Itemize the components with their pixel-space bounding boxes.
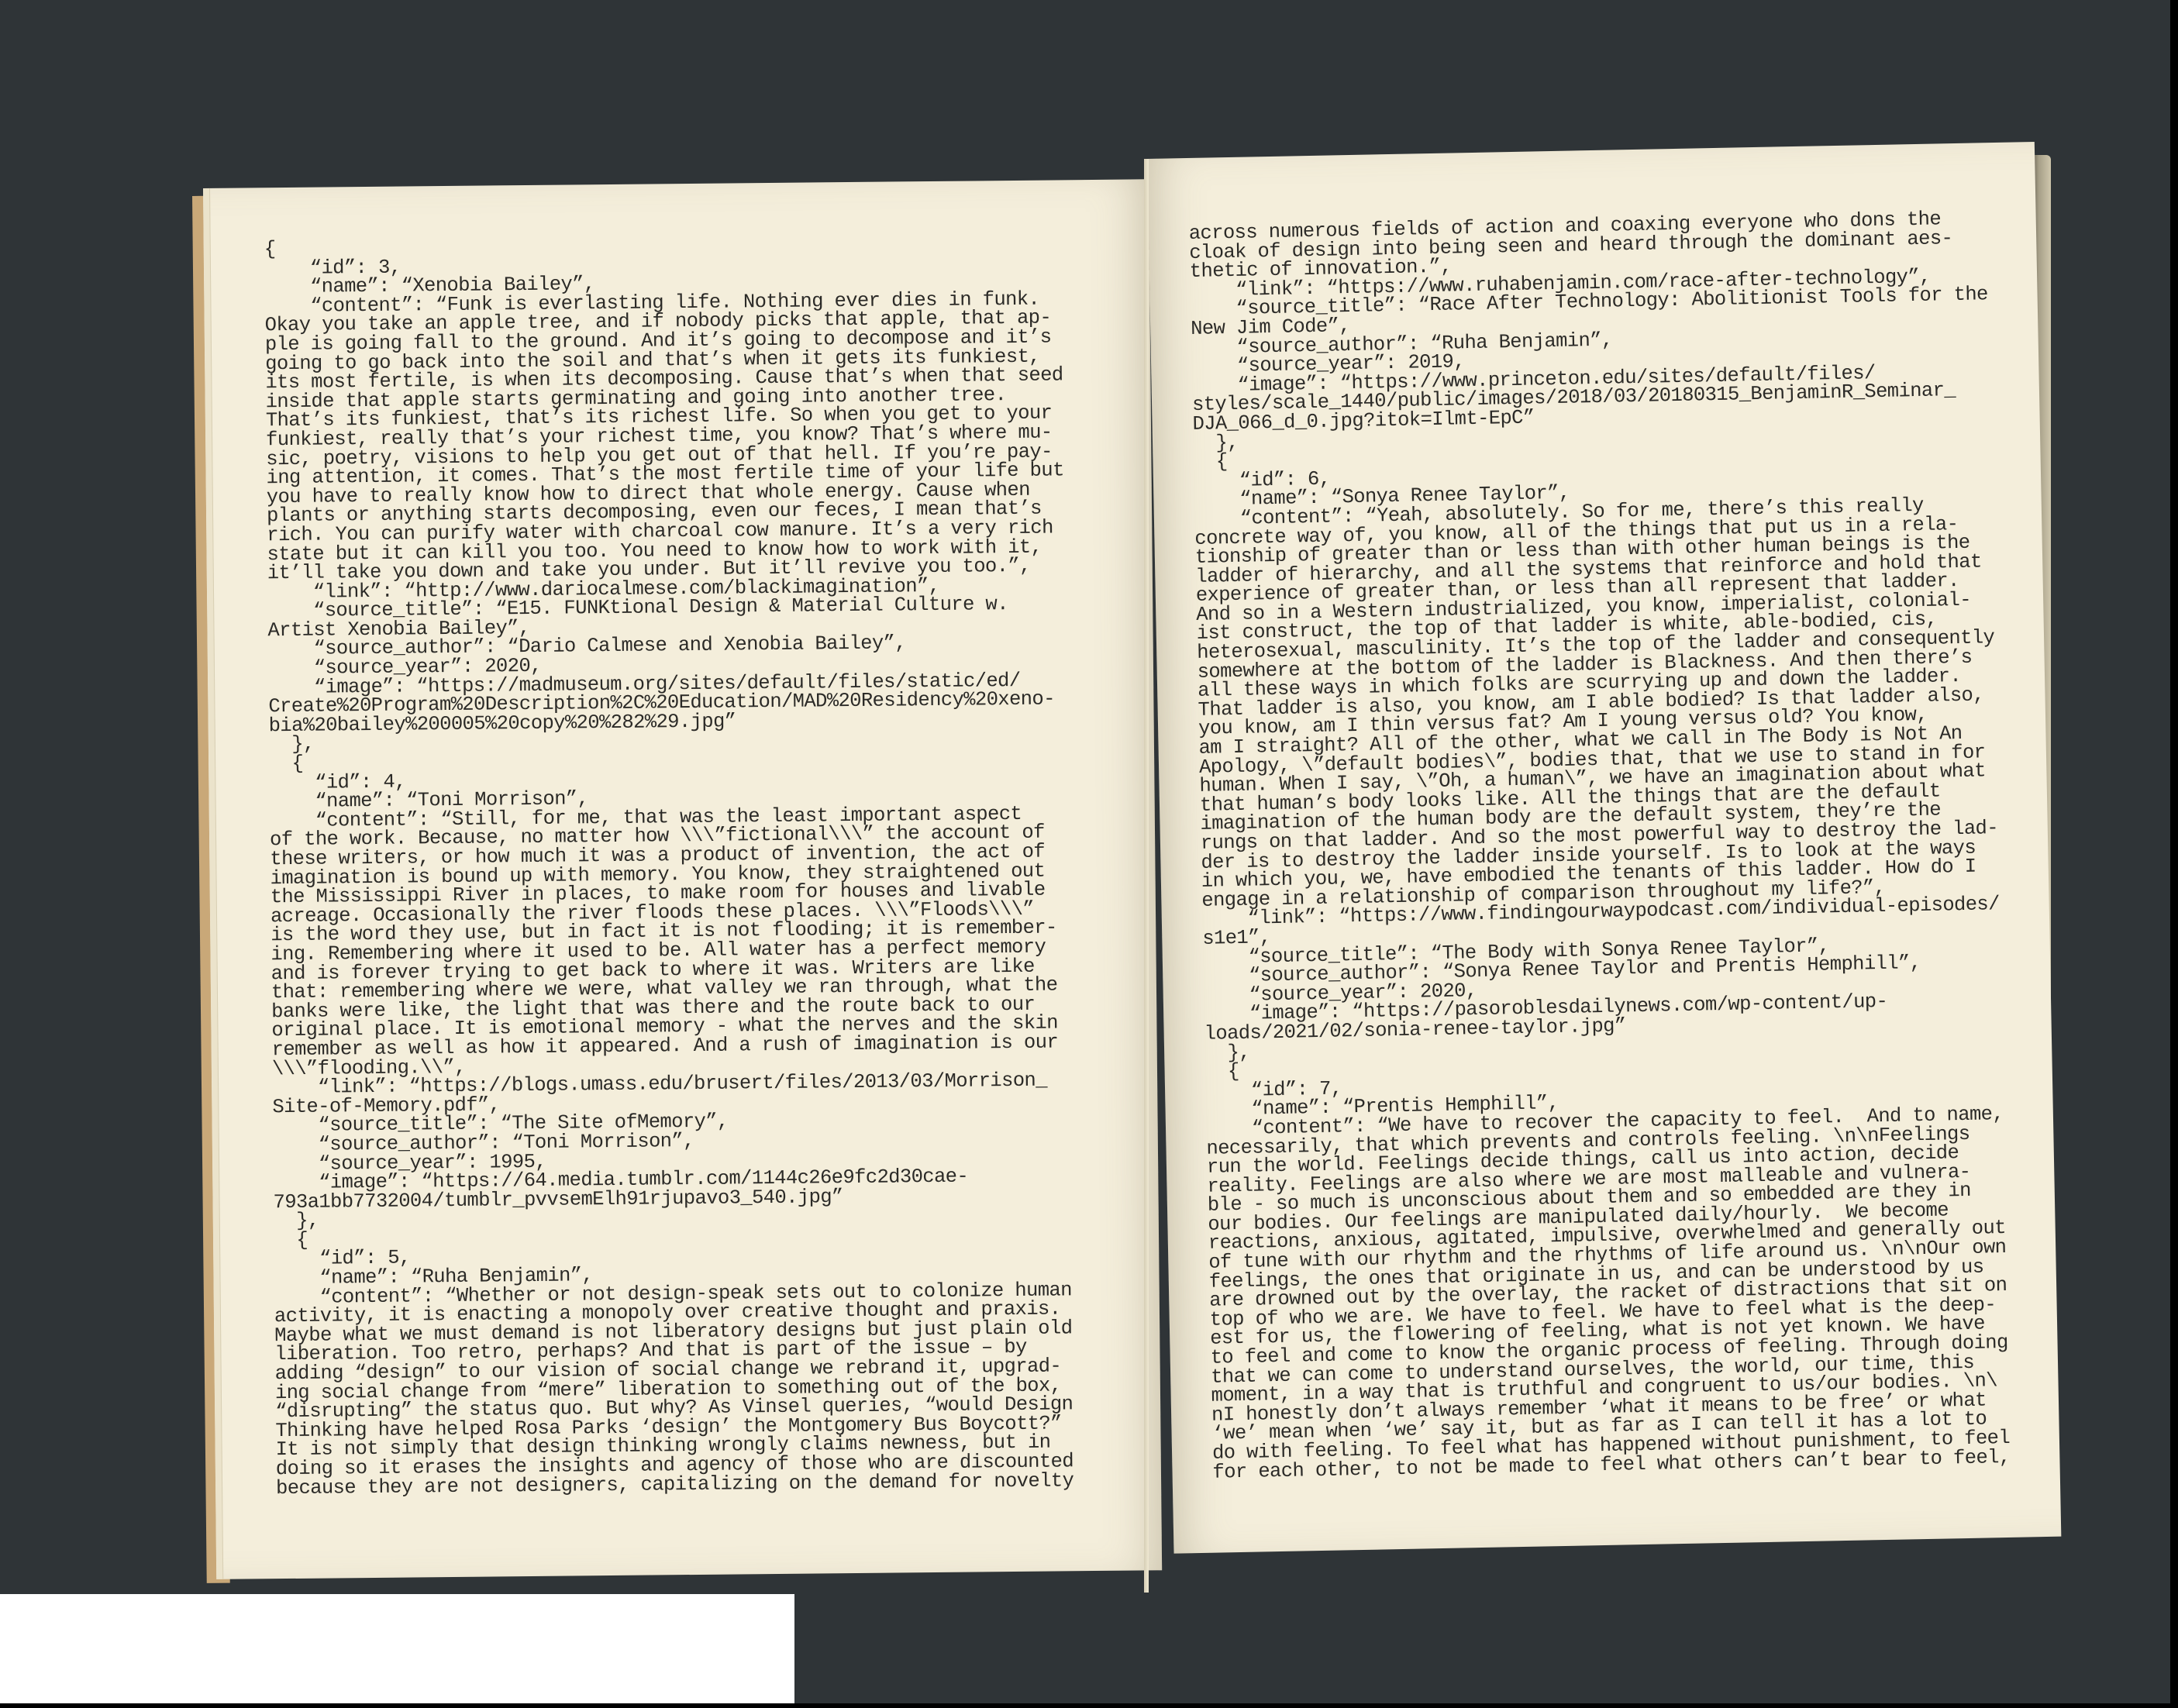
white-redaction-block xyxy=(0,1594,794,1703)
right-page: across numerous fields of action and coa… xyxy=(1147,142,2061,1554)
right-page-text: across numerous fields of action and coa… xyxy=(1189,208,2060,1482)
left-page-text: { “id”: 3, “name”: “Xenobia Bailey”, “co… xyxy=(264,232,1162,1498)
scan-border-right xyxy=(2170,0,2178,1708)
left-page: { “id”: 3, “name”: “Xenobia Bailey”, “co… xyxy=(203,179,1162,1579)
scan-border-bottom xyxy=(0,1703,2178,1708)
book-spine-gutter xyxy=(1144,159,1149,1593)
